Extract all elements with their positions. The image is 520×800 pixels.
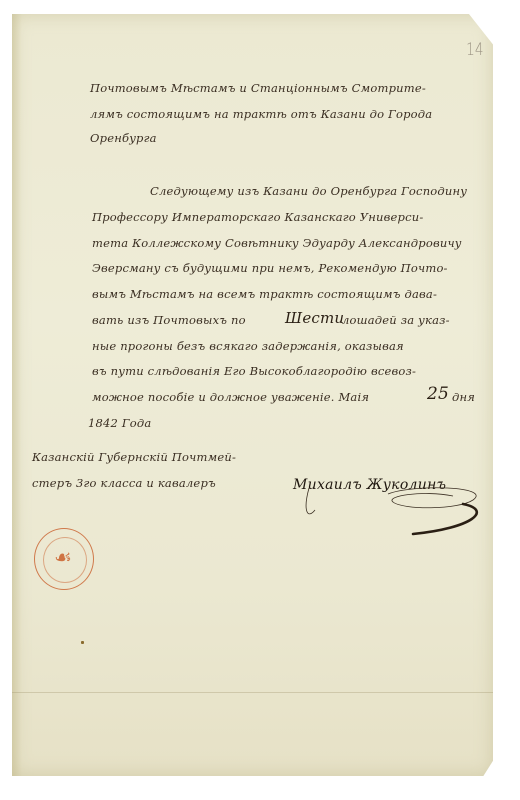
body-line-3: тета Коллежскому Совѣтнику Эдуарду Алекс… <box>92 238 462 250</box>
body-line-8: въ пути слѣдованія Его Высокоблагородію … <box>92 366 416 378</box>
body-line-1: Следующему изъ Казани до Оренбурга Госпо… <box>150 186 467 198</box>
double-headed-eagle-icon: ☙ <box>52 545 74 569</box>
body-line-7: ные прогоны безъ всякаго задержанія, ока… <box>92 341 404 353</box>
signature-block: Михаилъ Жуколинъ <box>293 474 446 493</box>
paper-fold-line <box>12 692 493 693</box>
body-line-9: можное пособіе и должное уваженіе. Маія <box>92 392 369 404</box>
body-line-5: вымъ Мѣстамъ на всемъ трактѣ состоящимъ … <box>92 289 437 301</box>
page-number: 14 <box>466 40 483 60</box>
body-line-6b: лошадей за указ- <box>342 315 450 327</box>
address-line-3: Оренбурга <box>90 133 157 145</box>
signature-flourish-icon <box>293 480 493 540</box>
body-line-6a: вать изъ Почтовыхъ по <box>92 315 246 327</box>
body-line-4: Эверсману съ будущими при немъ, Рекоменд… <box>92 263 448 275</box>
postmaster-title-line-2: стеръ 3го класса и кавалеръ <box>32 478 216 490</box>
postmaster-title-line-1: Казанскій Губернскій Почтмей- <box>32 452 236 464</box>
official-seal: ☙ <box>34 528 94 590</box>
paper-edge-shading <box>12 14 22 776</box>
address-line-1: Почтовымъ Мѣстамъ и Станціоннымъ Смотрит… <box>90 83 426 95</box>
date-day: 25 <box>427 386 449 403</box>
date-day-word: дня <box>452 392 475 404</box>
address-line-2: лямъ состоящимъ на трактѣ отъ Казани до … <box>90 109 432 121</box>
body-line-2: Профессору Императорскаго Казанскаго Уни… <box>92 212 423 224</box>
date-year: 1842 Года <box>88 418 151 430</box>
paper-stain <box>81 641 84 644</box>
body-line-6-emphasis: Шести <box>285 311 344 326</box>
